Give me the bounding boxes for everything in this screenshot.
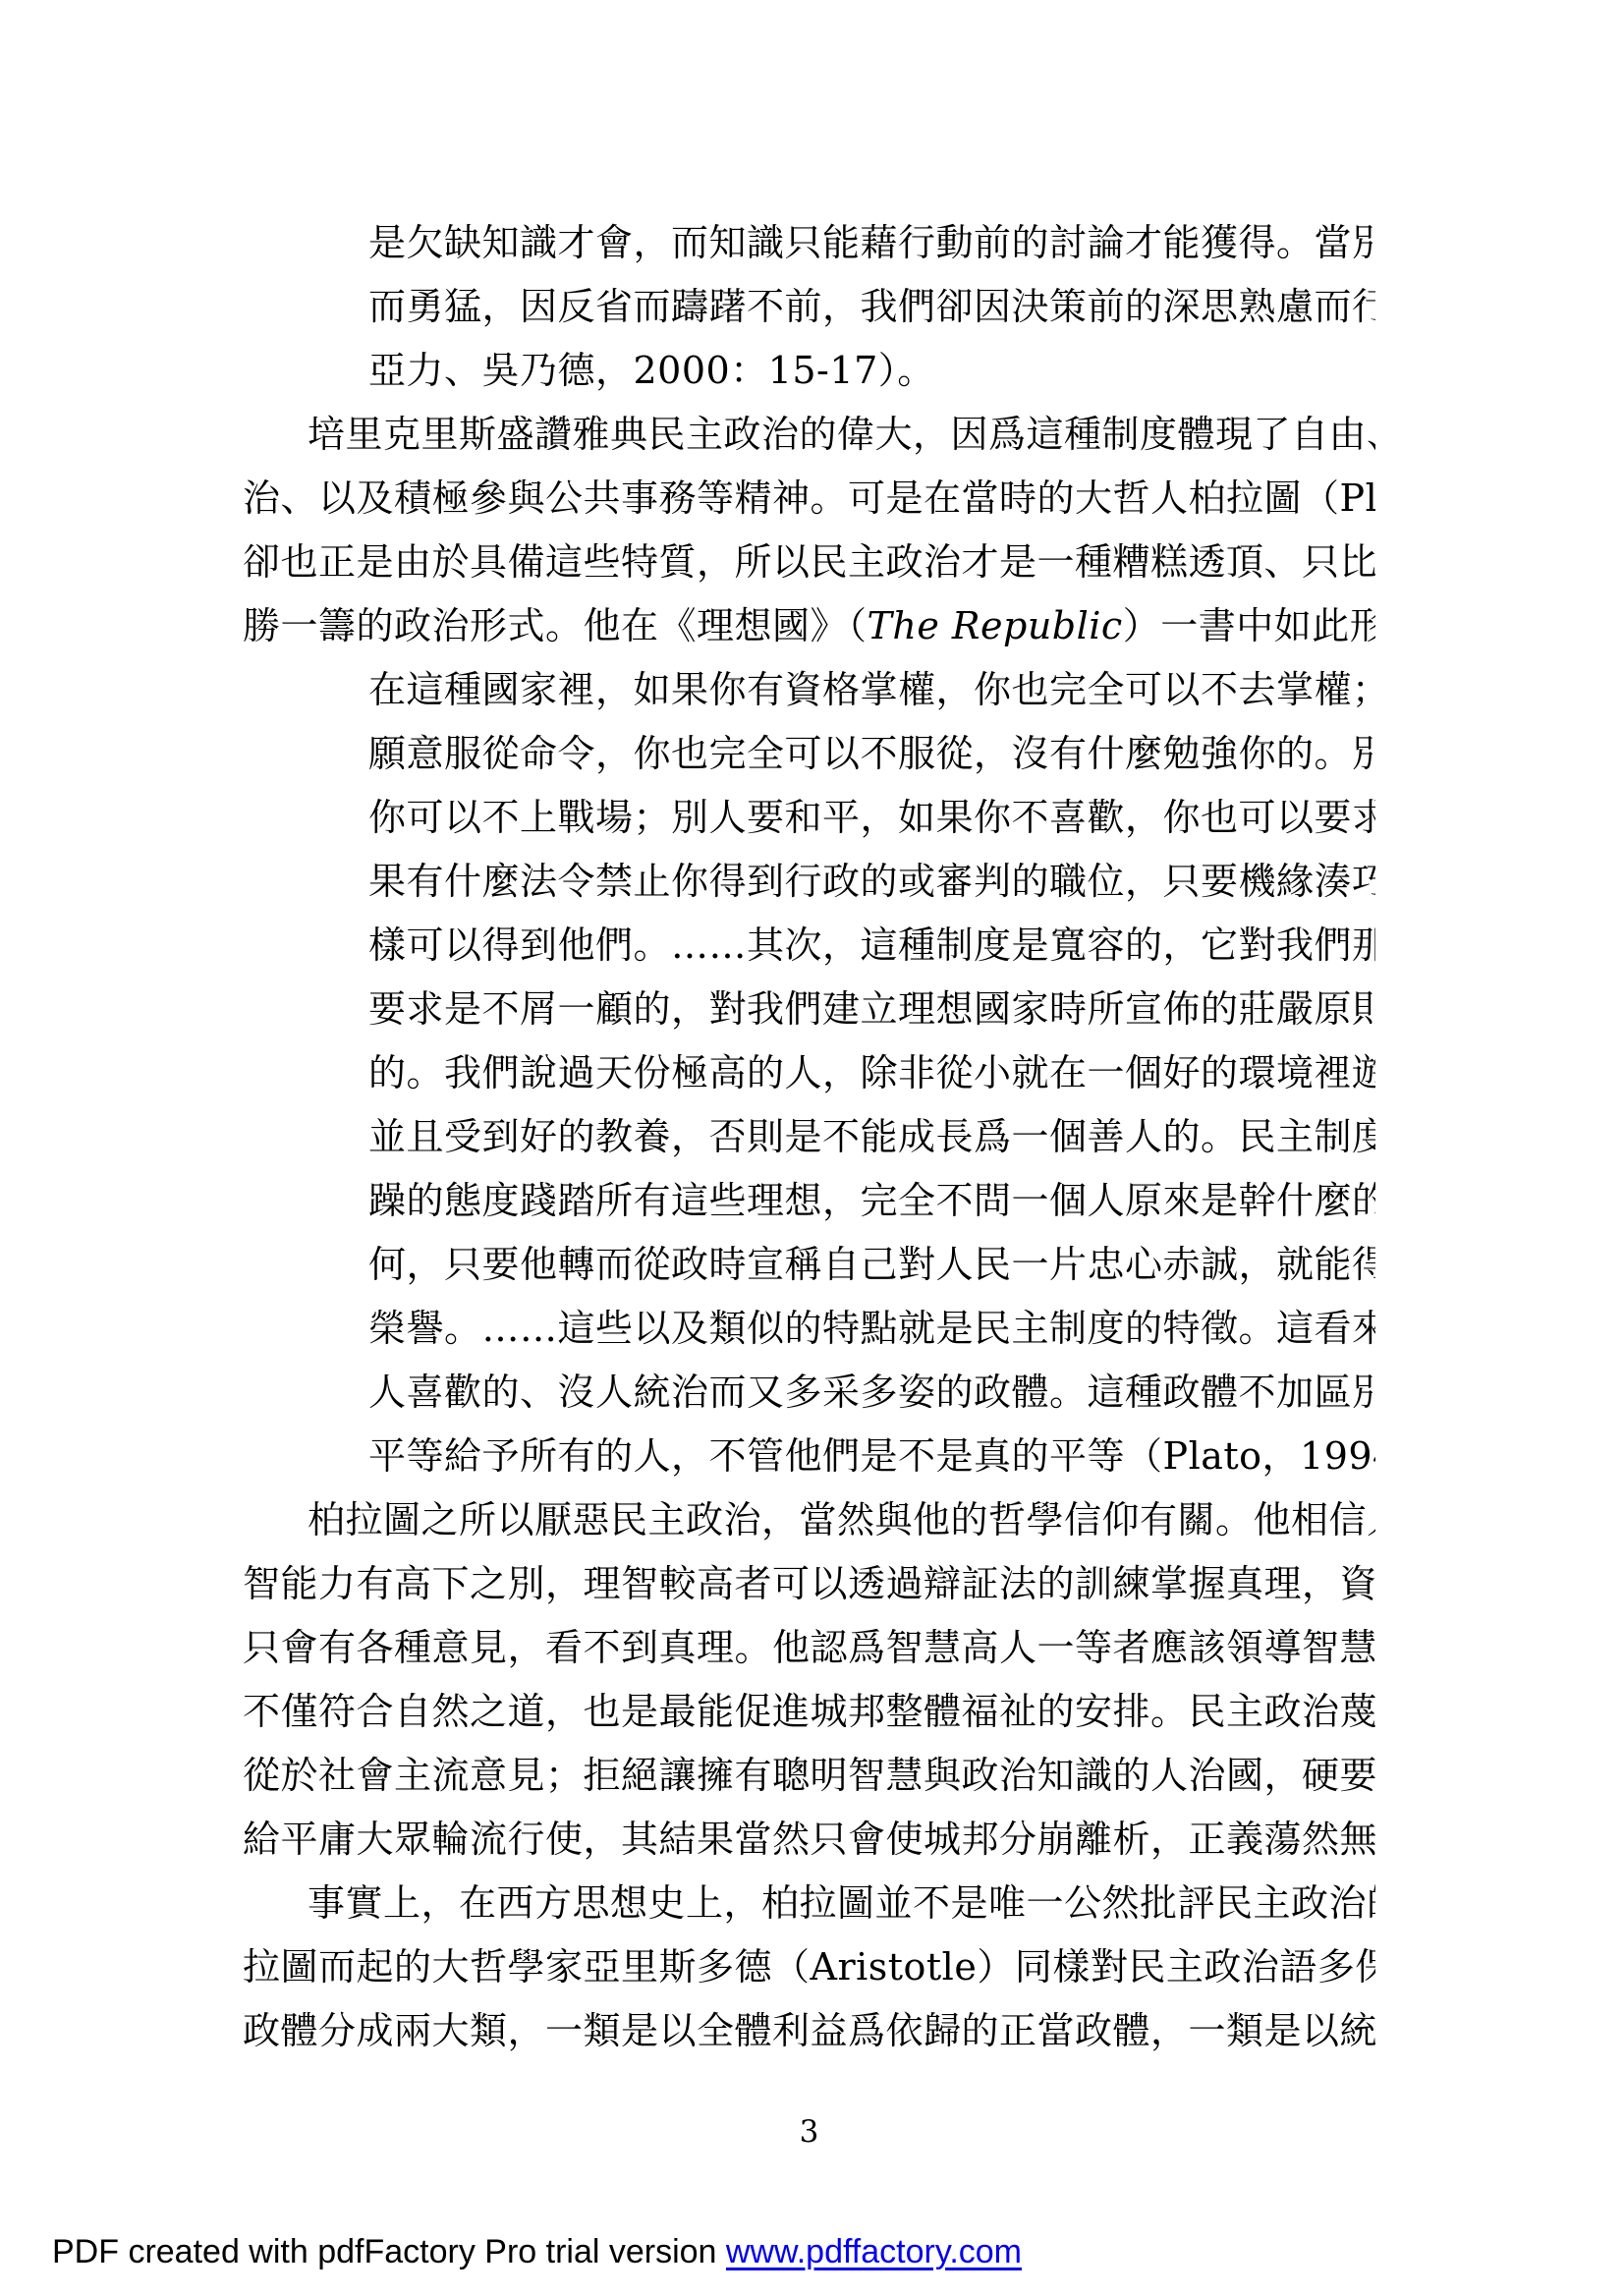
text-line: 的。我們說過天份極高的人，除非從小就在一個好的環境裡遊戲、學習， [368,1041,1375,1105]
text-line: 政體分成兩大類，一類是以全體利益爲依歸的正當政體，一類是以統治者利益爲 [243,1999,1375,2063]
watermark-text: PDF created with pdfFactory Pro trial ve… [52,2233,726,2270]
page-body-text: 是欠缺知識才會，而知識只能藉行動前的討論才能獲得。當別人因無知而勇猛，因反省而躊… [243,211,1375,2063]
pdffactory-link[interactable]: www.pdffactory.com [726,2233,1022,2270]
text-line: 不僅符合自然之道，也是最能促進城邦整體福祉的安排。民主政治蔑視真理，盲 [243,1680,1375,1744]
text-line: 在這種國家裡，如果你有資格掌權，你也完全可以不去掌權；如果你不 [368,658,1375,722]
body-paragraph: 柏拉圖之所以厭惡民主政治，當然與他的哲學信仰有關。他相信人類生來理智能力有高下之… [243,1488,1375,1872]
text-line: 治、以及積極參與公共事務等精神。可是在當時的大哲人柏拉圖（Plato）的眼中， [243,467,1375,531]
text-line: 躁的態度踐踏所有這些理想，完全不問一個人原來是幹什麼的、品行如 [368,1169,1375,1233]
text-line: 只會有各種意見，看不到真理。他認爲智慧高人一等者應該領導智慧較差者，這 [243,1616,1375,1680]
block-quote-paragraph: 是欠缺知識才會，而知識只能藉行動前的討論才能獲得。當別人因無知而勇猛，因反省而躊… [368,211,1375,403]
text-segment: ）一書中如此形容民主政治： [1123,604,1375,647]
text-segment: 勝一籌的政治形式。他在《理想國》（ [243,604,868,647]
text-line: 事實上，在西方思想史上，柏拉圖並不是唯一公然批評民主政治的人。繼柏 [243,1872,1375,1935]
text-line: 並且受到好的教養，否則是不能成長爲一個善人的。民主制度以輕薄浮 [368,1105,1375,1169]
text-line: 智能力有高下之別，理智較高者可以透過辯証法的訓練掌握真理，資質平庸的人 [243,1552,1375,1616]
text-line: 卻也正是由於具備這些特質，所以民主政治才是一種糟糕透頂、只比暴君統治略 [243,531,1375,594]
text-line: 人喜歡的、沒人統治而又多采多姿的政體。這種政體不加區別地把一種 [368,1361,1375,1425]
text-line: 樣可以得到他們。……其次，這種制度是寬容的，它對我們那些瑣碎的 [368,914,1375,978]
document-page: 是欠缺知識才會，而知識只能藉行動前的討論才能獲得。當別人因無知而勇猛，因反省而躊… [0,0,1624,2296]
italic-text-segment: The Republic [868,604,1123,647]
text-line: 平等給予所有的人，不管他們是不是真的平等（Plato，1994：332-333）… [368,1425,1375,1488]
text-line: 果有什麼法令禁止你得到行政的或審判的職位，只要機緣湊巧，你也一 [368,850,1375,914]
text-line: 亞力、吳乃德，2000：15-17）。 [368,339,1375,403]
body-paragraph: 培里克里斯盛讚雅典民主政治的偉大，因爲這種制度體現了自由、平等、法治、以及積極參… [243,403,1375,658]
text-line: 願意服從命令，你也完全可以不服從，沒有什麼勉強你的。別人在作戰， [368,722,1375,786]
text-line: 給平庸大眾輪流行使，其結果當然只會使城邦分崩離析，正義蕩然無存。 [243,1808,1375,1872]
text-line: 勝一籌的政治形式。他在《理想國》（The Republic）一書中如此形容民主政… [243,594,1375,658]
text-line: 拉圖而起的大哲學家亞里斯多德（Aristotle）同樣對民主政治語多保留。他曾將 [243,1935,1375,1999]
text-line: 是欠缺知識才會，而知識只能藉行動前的討論才能獲得。當別人因無知 [368,211,1375,275]
block-quote-paragraph: 在這種國家裡，如果你有資格掌權，你也完全可以不去掌權；如果你不願意服從命令，你也… [368,658,1375,1488]
pdf-watermark-footer: PDF created with pdfFactory Pro trial ve… [52,2230,1022,2273]
text-line: 榮譽。……這些以及類似的特點就是民主制度的特徵。這看來是一種討 [368,1297,1375,1361]
text-line: 柏拉圖之所以厭惡民主政治，當然與他的哲學信仰有關。他相信人類生來理 [243,1488,1375,1552]
text-line: 而勇猛，因反省而躊躇不前，我們卻因決策前的深思熟慮而行動果敢（呂 [368,275,1375,339]
text-line: 培里克里斯盛讚雅典民主政治的偉大，因爲這種制度體現了自由、平等、法 [243,403,1375,467]
text-line: 何，只要他轉而從政時宣稱自己對人民一片忠心赤誠，就能得到尊敬和 [368,1233,1375,1297]
text-line: 你可以不上戰場；別人要和平，如果你不喜歡，你也可以要求戰爭；如 [368,786,1375,850]
body-paragraph: 事實上，在西方思想史上，柏拉圖並不是唯一公然批評民主政治的人。繼柏拉圖而起的大哲… [243,1872,1375,2063]
text-line: 要求是不屑一顧的，對我們建立理想國家時所宣佈的莊嚴原則是蔑視 [368,978,1375,1041]
page-number: 3 [243,2112,1375,2152]
text-line: 從於社會主流意見；拒絕讓擁有聰明智慧與政治知識的人治國，硬要把統治權交 [243,1744,1375,1808]
